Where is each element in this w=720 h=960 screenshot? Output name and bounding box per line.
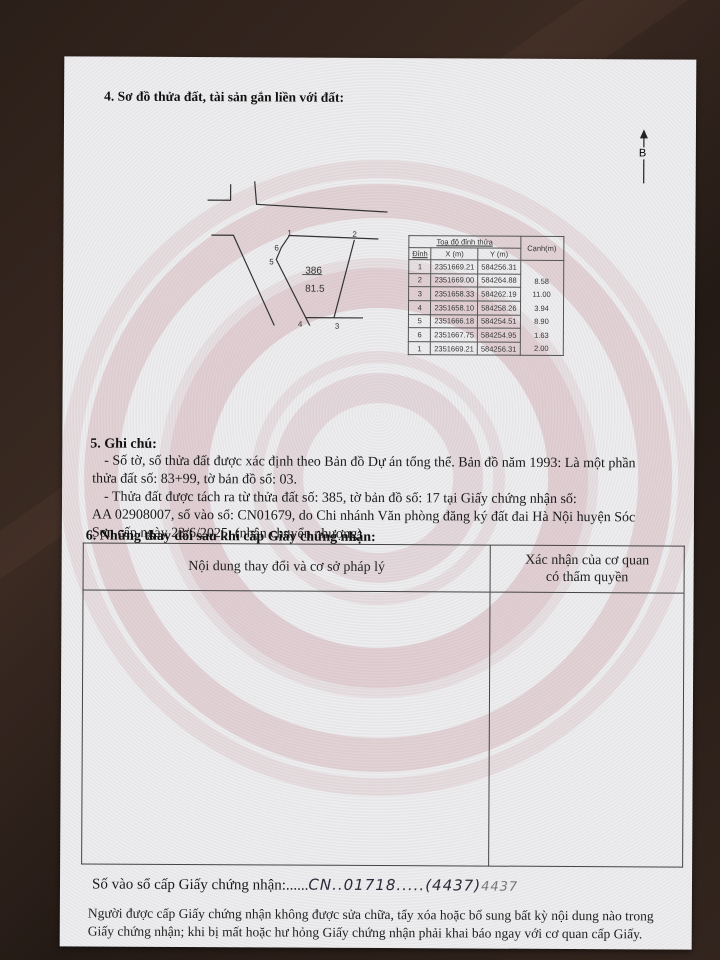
section-4-title: 4. Sơ đồ thửa đất, tài sản gắn liền với … bbox=[104, 89, 344, 106]
land-certificate-page: 4. Sơ đồ thửa đất, tài sản gắn liền với … bbox=[60, 56, 697, 949]
confirmation-header-line-1: Xác nhận của cơ quan bbox=[525, 553, 649, 569]
vertex-label-5: 5 bbox=[269, 257, 274, 266]
vertex-label-2: 2 bbox=[352, 230, 357, 239]
registry-number-extra: 4437 bbox=[481, 880, 518, 895]
edge-length: 2.00 bbox=[523, 342, 559, 356]
coord-cell-y: 584262.19 bbox=[478, 287, 521, 301]
coord-cell-x: 2351666.18 bbox=[431, 314, 478, 328]
vertex-label-6: 6 bbox=[274, 243, 279, 252]
coord-cell-y: 584256.31 bbox=[478, 260, 521, 274]
confirmation-cell bbox=[489, 592, 684, 867]
coord-cell-y: 584254.95 bbox=[477, 328, 520, 342]
coord-cell-vertex: 4 bbox=[408, 301, 431, 315]
note-line-2: thửa đất số: 83+99, tờ bản đồ số: 03. bbox=[92, 471, 297, 490]
north-label: B bbox=[639, 147, 646, 159]
edge-length: 8.90 bbox=[523, 315, 559, 329]
coord-cell-vertex: 3 bbox=[409, 287, 432, 301]
edge-length: 1.63 bbox=[523, 328, 559, 342]
coord-cell-x: 2351669.21 bbox=[431, 342, 478, 356]
vertex-label-1: 1 bbox=[287, 229, 292, 238]
content-column-header: Nội dung thay đổi và cơ sở pháp lý bbox=[83, 543, 490, 592]
coord-cell-x: 2351658.10 bbox=[431, 301, 478, 315]
parcel-sketch bbox=[203, 175, 404, 326]
x-header: X (m) bbox=[431, 248, 478, 260]
confirmation-header-line-2: có thẩm quyền bbox=[546, 570, 628, 585]
parcel-area: 81.5 bbox=[305, 284, 325, 295]
edge-header: Cạnh(m) bbox=[520, 236, 563, 260]
coord-cell-vertex: 1 bbox=[408, 341, 431, 355]
vertex-coordinate-table: Toạ độ đỉnh thửa Cạnh(m) Đỉnh X (m) Y (m… bbox=[408, 235, 564, 356]
vertex-label-4: 4 bbox=[298, 320, 303, 329]
content-cell bbox=[82, 590, 490, 866]
edge-length: 8.58 bbox=[524, 275, 560, 289]
north-arrow: B bbox=[636, 129, 652, 190]
edge-lengths-cell: 8.5811.003.948.901.632.00 bbox=[520, 260, 563, 356]
coord-cell-y: 584256.31 bbox=[477, 342, 520, 356]
warning-line-2: Giấy chứng nhận; khi bị mất hoặc hư hỏng… bbox=[88, 922, 643, 943]
edge-length: 3.94 bbox=[524, 302, 560, 316]
coord-cell-y: 584264.88 bbox=[478, 274, 521, 288]
coord-cell-vertex: 5 bbox=[408, 314, 431, 328]
coord-cell-vertex: 1 bbox=[409, 260, 432, 274]
y-header: Y (m) bbox=[478, 248, 521, 260]
confirmation-column-header: Xác nhận của cơ quan có thẩm quyền bbox=[490, 545, 684, 593]
section-5-title: 5. Ghi chú: bbox=[90, 436, 157, 452]
coord-cell-vertex: 6 bbox=[408, 328, 431, 342]
coord-cell-y: 584254.51 bbox=[477, 315, 520, 329]
coord-cell-vertex: 2 bbox=[409, 273, 432, 287]
registry-number-handwritten: CN..01718.....(4437) bbox=[308, 876, 481, 895]
coord-cell-x: 2351669.00 bbox=[431, 273, 478, 287]
edge-length: 11.00 bbox=[524, 288, 560, 302]
coord-cell-x: 2351667.75 bbox=[431, 328, 478, 342]
vertex-header: Đỉnh bbox=[409, 248, 432, 260]
registry-number-label: Số vào sổ cấp Giấy chứng nhận:...... bbox=[92, 877, 309, 894]
coord-cell-x: 2351658.33 bbox=[431, 287, 478, 301]
coord-cell-y: 584258.26 bbox=[478, 301, 521, 315]
vertex-label-3: 3 bbox=[335, 322, 340, 331]
coord-cell-x: 2351669.21 bbox=[431, 260, 478, 274]
parcel-number: 386 bbox=[305, 266, 322, 277]
registry-number-line: Số vào sổ cấp Giấy chứng nhận:......CN..… bbox=[92, 875, 518, 896]
changes-table: Nội dung thay đổi và cơ sở pháp lý Xác n… bbox=[81, 542, 685, 867]
coord-table-title: Toạ độ đỉnh thửa bbox=[409, 236, 521, 249]
coord-row: 12351669.21584256.318.5811.003.948.901.6… bbox=[409, 260, 564, 274]
